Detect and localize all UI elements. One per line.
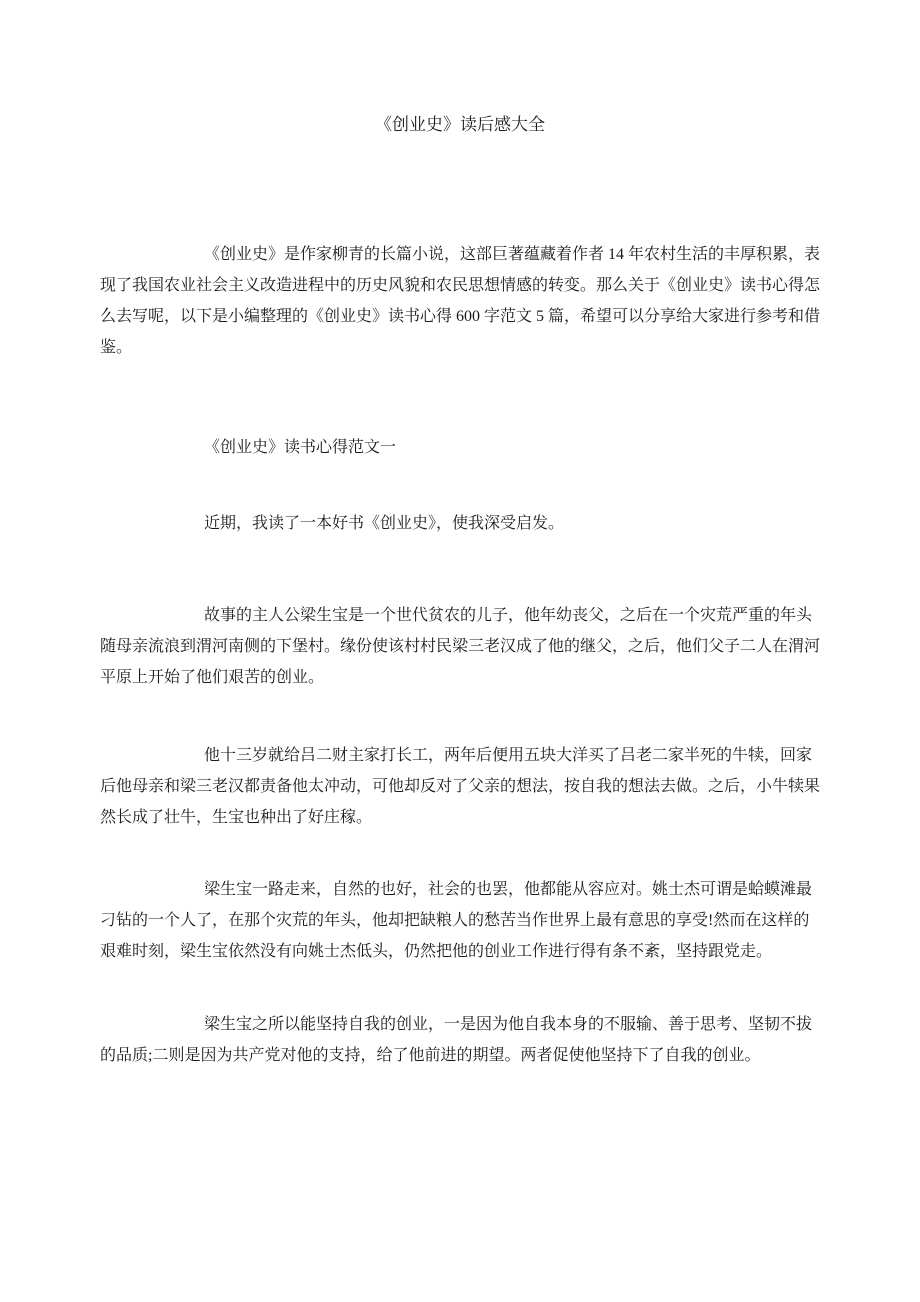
paragraph-conclusion: 梁生宝之所以能坚持自我的创业，一是因为他自我本身的不服输、善于思考、坚韧不拔的品… [100,1009,820,1071]
document-page: 《创业史》读后感大全 《创业史》是作家柳青的长篇小说，这部巨著蕴藏着作者 14 … [0,0,920,1302]
paragraph-intro: 《创业史》是作家柳青的长篇小说，这部巨著蕴藏着作者 14 年农村生活的丰厚积累，… [100,239,820,363]
paragraph-opening: 近期，我读了一本好书《创业史》，使我深受启发。 [100,508,820,539]
document-title: 《创业史》读后感大全 [100,114,820,136]
paragraph-section-heading: 《创业史》读书心得范文一 [100,432,820,463]
paragraph-calf-story: 他十三岁就给吕二财主家打长工，两年后便用五块大洋买了吕老二家半死的牛犊，回家后他… [100,740,820,833]
paragraph-perseverance: 梁生宝一路走来，自然的也好，社会的也罢，他都能从容应对。姚士杰可谓是蛤蟆滩最刁钻… [100,874,820,967]
paragraph-story-background: 故事的主人公梁生宝是一个世代贫农的儿子，他年幼丧父，之后在一个灾荒严重的年头随母… [100,600,820,693]
